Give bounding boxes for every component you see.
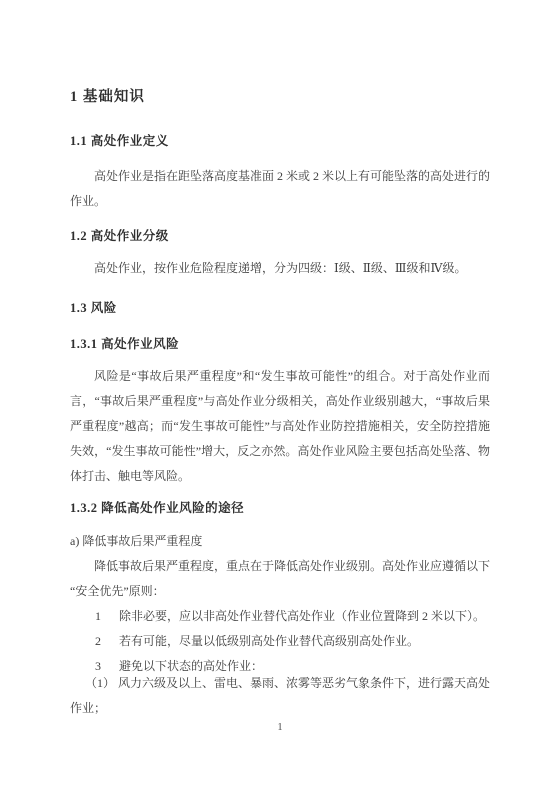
sub-item-1: （1） 风力六级及以上、雷电、暴雨、浓雾等恶劣气象条件下，进行露天高处作业； (70, 671, 490, 721)
section-1-2-body: 高处作业，按作业危险程度递增，分为四级：Ⅰ级、Ⅱ级、Ⅲ级和Ⅳ级。 (70, 256, 490, 281)
section-1-3-2-heading: 1.3.2 降低高处作业风险的途径 (70, 500, 490, 516)
section-1-1-heading: 1.1 高处作业定义 (70, 133, 490, 149)
section-1-1-body: 高处作业是指在距坠落高度基准面 2 米或 2 米以上有可能坠落的高处进行的作业。 (70, 164, 490, 214)
page-number: 1 (70, 721, 490, 735)
list-item: 1 除非必要，应以非高处作业替代高处作业（作业位置降到 2 米以下）。 (70, 604, 490, 629)
list-item: 2 若有可能，尽量以低级别高处作业替代高级别高处作业。 (70, 629, 490, 654)
section-1-3-1-body: 风险是“事故后果严重程度”和“发生事故可能性”的组合。对于高处作业而言，“事故后… (70, 364, 490, 489)
list-item-marker: 1 (70, 604, 119, 629)
item-a-label: a) 降低事故后果严重程度 (70, 529, 490, 554)
section-1-3-1-heading: 1.3.1 高处作业风险 (70, 336, 490, 352)
chapter-heading: 1 基础知识 (70, 88, 490, 106)
section-1-2-heading: 1.2 高处作业分级 (70, 228, 490, 244)
list-item-text: 除非必要，应以非高处作业替代高处作业（作业位置降到 2 米以下）。 (119, 604, 490, 629)
document-page: 1 基础知识 1.1 高处作业定义 高处作业是指在距坠落高度基准面 2 米或 2… (0, 0, 560, 790)
list-item-text: 若有可能，尽量以低级别高处作业替代高级别高处作业。 (119, 629, 490, 654)
section-1-3-heading: 1.3 风险 (70, 300, 490, 316)
priority-principles-list: 1 除非必要，应以非高处作业替代高处作业（作业位置降到 2 米以下）。 2 若有… (70, 604, 490, 679)
list-item-marker: 2 (70, 629, 119, 654)
item-a-body: 降低事故后果严重程度，重点在于降低高处作业级别。高处作业应遵循以下“安全优先”原… (70, 554, 490, 604)
